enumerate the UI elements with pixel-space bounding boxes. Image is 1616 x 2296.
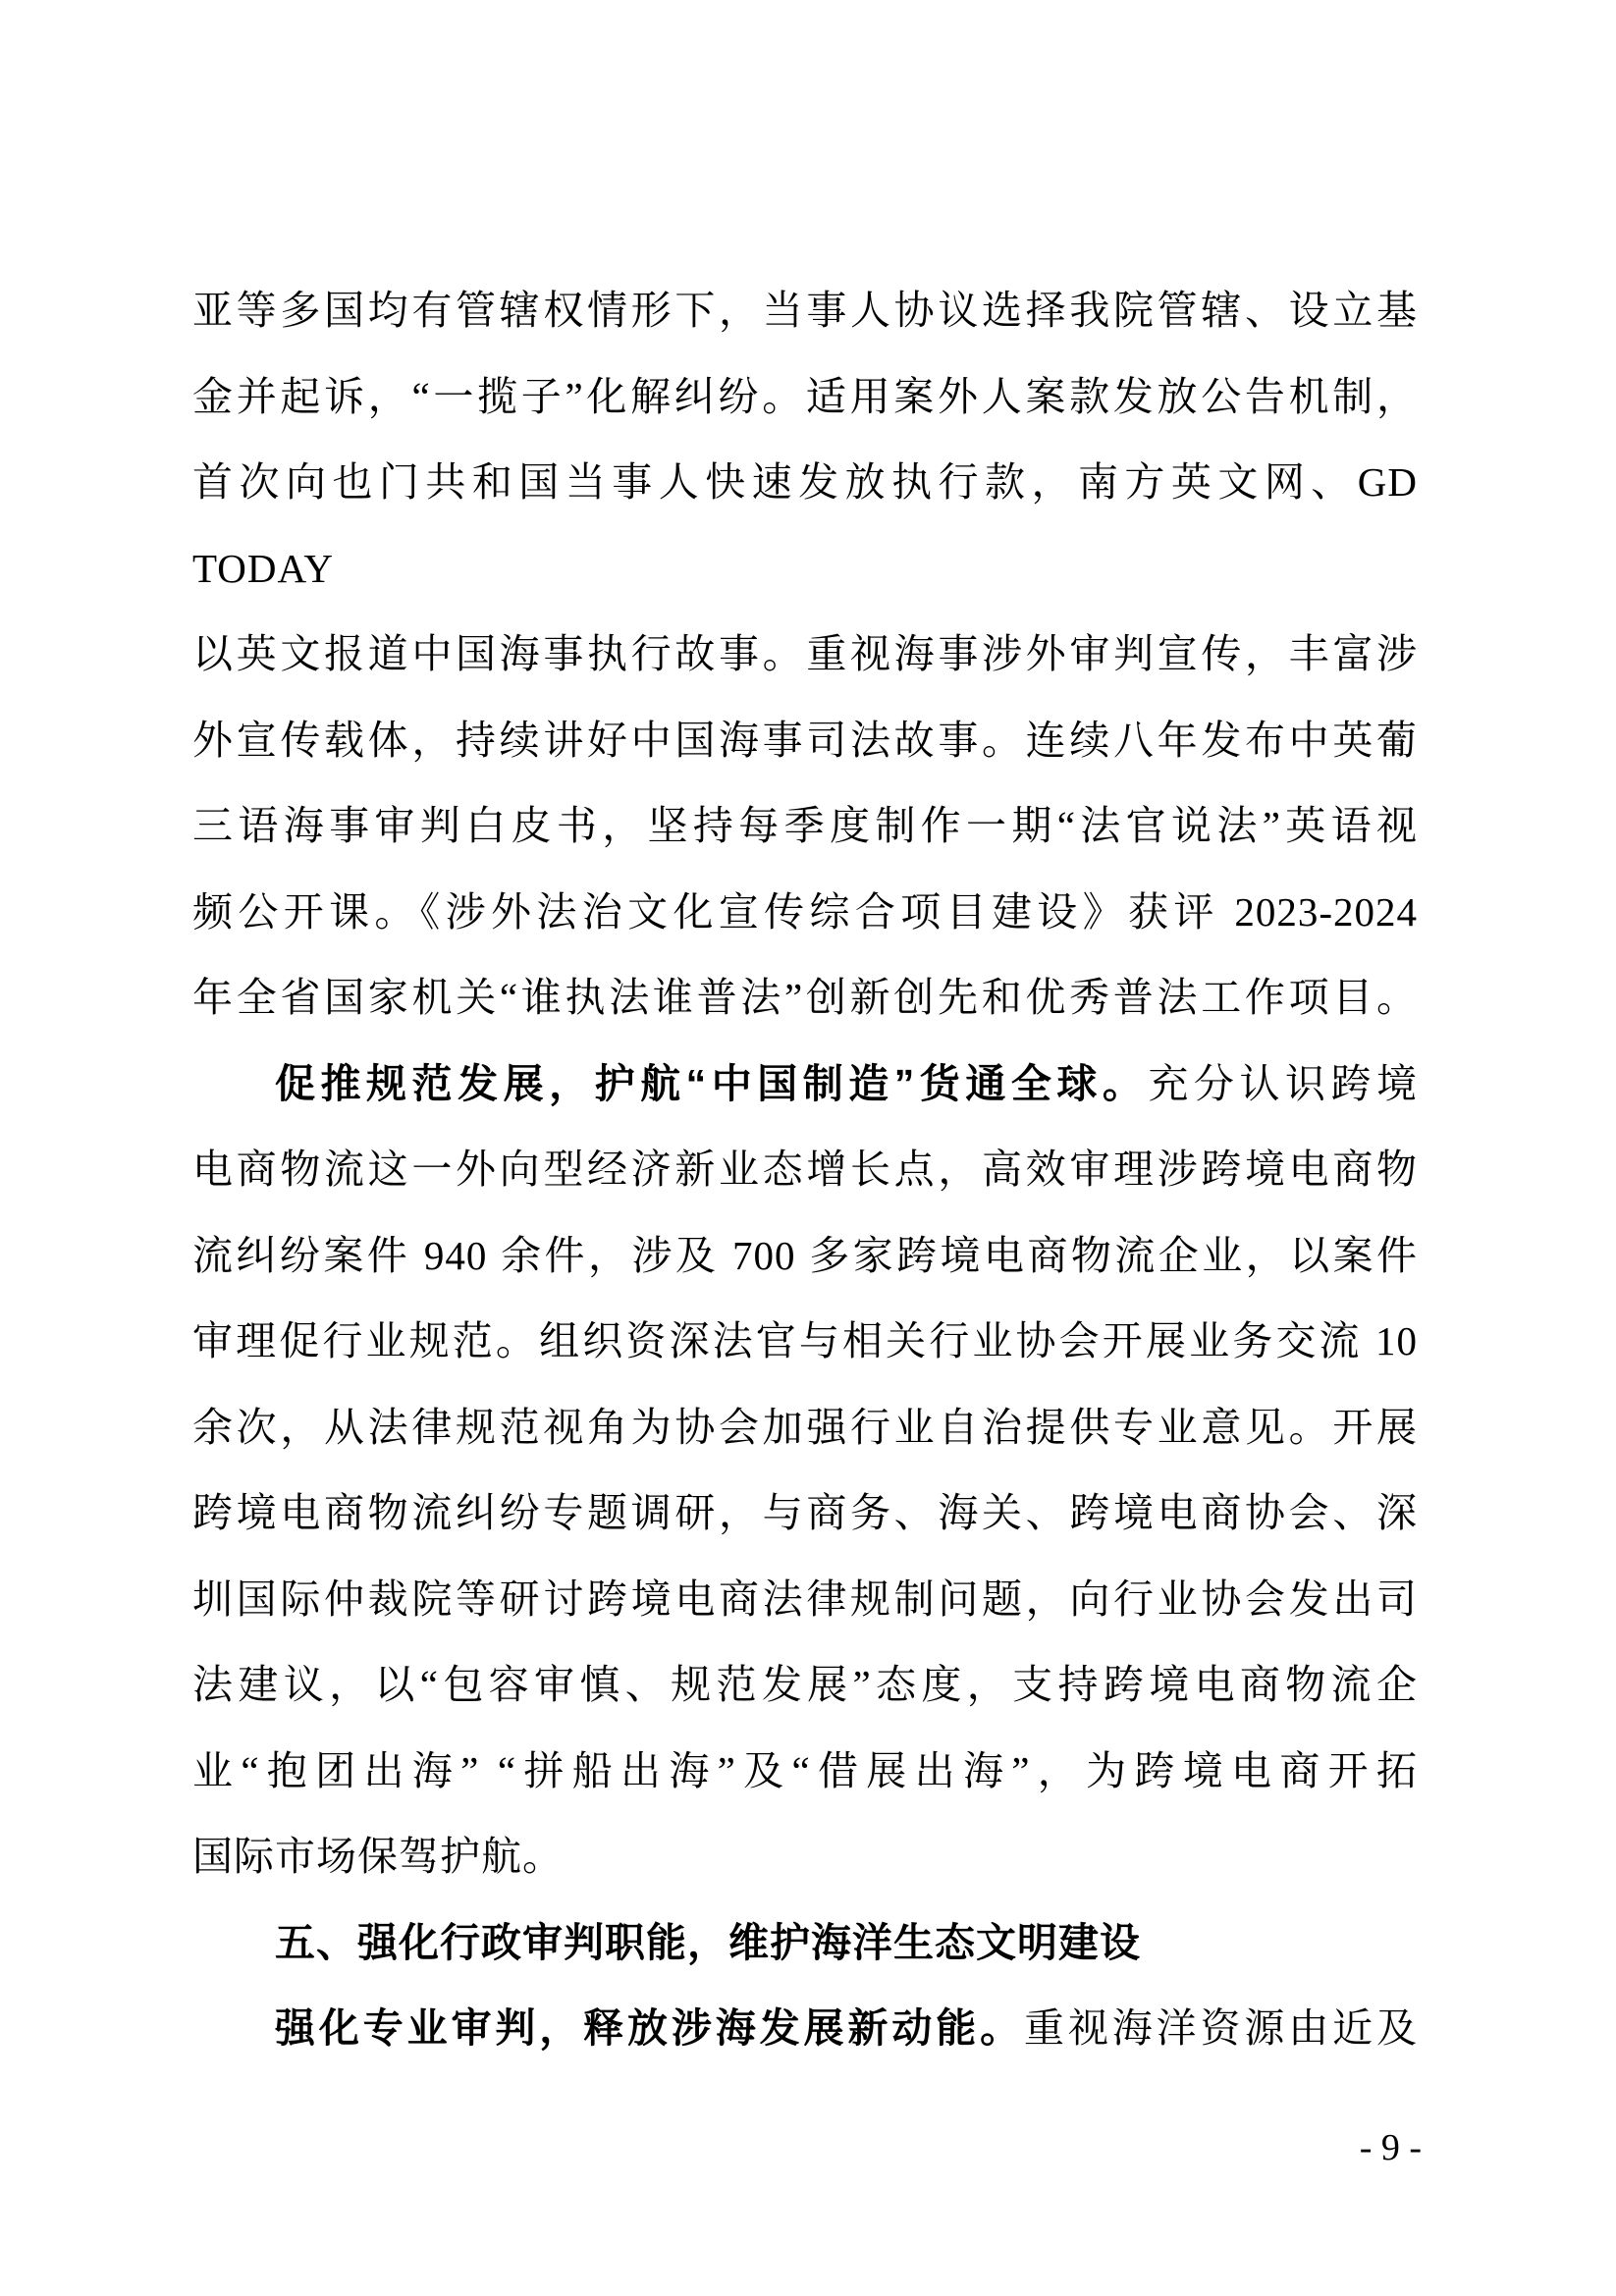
text-line: 业“抱团出海” “拼船出海”及“借展出海”，为跨境电商开拓 [192,1729,1418,1815]
paragraph-last-line: 国际市场保驾护航。 [192,1814,1418,1900]
body-text: 法建议，以“包容审慎、规范发展”态度，支持跨境电商物流企 [192,1662,1418,1707]
bold-lead-text: 促推规范发展，护航“中国制造”货通全球。 [275,1061,1148,1106]
body-text: 亚等多国均有管辖权情形下，当事人协议选择我院管辖、设立基 [192,288,1418,333]
text-line: 跨境电商物流纠纷专题调研，与商务、海关、跨境电商协会、深 [192,1470,1418,1557]
body-text: 业“抱团出海” “拼船出海”及“借展出海”，为跨境电商开拓 [192,1748,1418,1793]
body-text: 三语海事审判白皮书，坚持每季度制作一期“法官说法”英语视 [192,803,1418,848]
text-block: 亚等多国均有管辖权情形下，当事人协议选择我院管辖、设立基 金并起诉，“一揽子”化… [192,268,1418,2072]
body-text: 以英文报道中国海事执行故事。重视海事涉外审判宣传，丰富涉 [192,631,1418,676]
body-text: 流纠纷案件 940 余件，涉及 700 多家跨境电商物流企业，以案件 [192,1233,1418,1278]
body-text: 国际市场保驾护航。 [192,1834,564,1879]
text-line: 审理促行业规范。组织资深法官与相关行业协会开展业务交流 10 [192,1299,1418,1385]
text-line: 外宣传载体，持续讲好中国海事司法故事。连续八年发布中英葡 [192,698,1418,784]
body-text: 充分认识跨境 [1148,1061,1418,1106]
heading-text: 五、强化行政审判职能，维护海洋生态文明建设 [275,1920,1141,1965]
body-text: 电商物流这一外向型经济新业态增长点，高效审理涉跨境电商物 [192,1147,1418,1192]
text-line: 频公开课。《涉外法治文化宣传综合项目建设》获评 2023-2024 [192,870,1418,956]
page-number: - 9 - [1360,2126,1422,2169]
body-text: 外宣传载体，持续讲好中国海事司法故事。连续八年发布中英葡 [192,718,1418,763]
text-line: 电商物流这一外向型经济新业态增长点，高效审理涉跨境电商物 [192,1127,1418,1213]
body-text: 首次向也门共和国当事人快速发放执行款，南方英文网、GD TODAY [192,459,1418,591]
body-text: 重视海洋资源由近及 [1024,2005,1418,2051]
text-line: 首次向也门共和国当事人快速发放执行款，南方英文网、GD TODAY [192,440,1418,612]
text-line: 余次，从法律规范视角为协会加强行业自治提供专业意见。开展 [192,1385,1418,1471]
paragraph-lead-line: 促推规范发展，护航“中国制造”货通全球。充分认识跨境 [192,1041,1418,1128]
text-line: 三语海事审判白皮书，坚持每季度制作一期“法官说法”英语视 [192,783,1418,870]
body-text: 圳国际仲裁院等研讨跨境电商法律规制问题，向行业协会发出司 [192,1576,1418,1622]
text-line: 以英文报道中国海事执行故事。重视海事涉外审判宣传，丰富涉 [192,612,1418,698]
body-text: 审理促行业规范。组织资深法官与相关行业协会开展业务交流 10 [192,1318,1418,1363]
text-line: 流纠纷案件 940 余件，涉及 700 多家跨境电商物流企业，以案件 [192,1213,1418,1300]
text-line: 年全省国家机关“谁执法谁普法”创新创先和优秀普法工作项目。 [192,955,1418,1041]
document-page: 亚等多国均有管辖权情形下，当事人协议选择我院管辖、设立基 金并起诉，“一揽子”化… [0,0,1616,2296]
section-heading: 五、强化行政审判职能，维护海洋生态文明建设 [192,1900,1418,1987]
text-line: 圳国际仲裁院等研讨跨境电商法律规制问题，向行业协会发出司 [192,1557,1418,1643]
bold-lead-text: 强化专业审判，释放涉海发展新动能。 [275,2005,1024,2051]
text-line: 金并起诉，“一揽子”化解纠纷。适用案外人案款发放公告机制， [192,354,1418,441]
body-text: 余次，从法律规范视角为协会加强行业自治提供专业意见。开展 [192,1405,1418,1450]
body-text: 年全省国家机关“谁执法谁普法”创新创先和优秀普法工作项目。 [192,975,1418,1020]
text-line: 亚等多国均有管辖权情形下，当事人协议选择我院管辖、设立基 [192,268,1418,354]
paragraph-lead-line: 强化专业审判，释放涉海发展新动能。重视海洋资源由近及 [192,1986,1418,2072]
text-line: 法建议，以“包容审慎、规范发展”态度，支持跨境电商物流企 [192,1642,1418,1729]
body-text: 频公开课。《涉外法治文化宣传综合项目建设》获评 2023-2024 [192,889,1418,934]
body-text: 金并起诉，“一揽子”化解纠纷。适用案外人案款发放公告机制， [192,374,1418,419]
body-text: 跨境电商物流纠纷专题调研，与商务、海关、跨境电商协会、深 [192,1490,1418,1535]
